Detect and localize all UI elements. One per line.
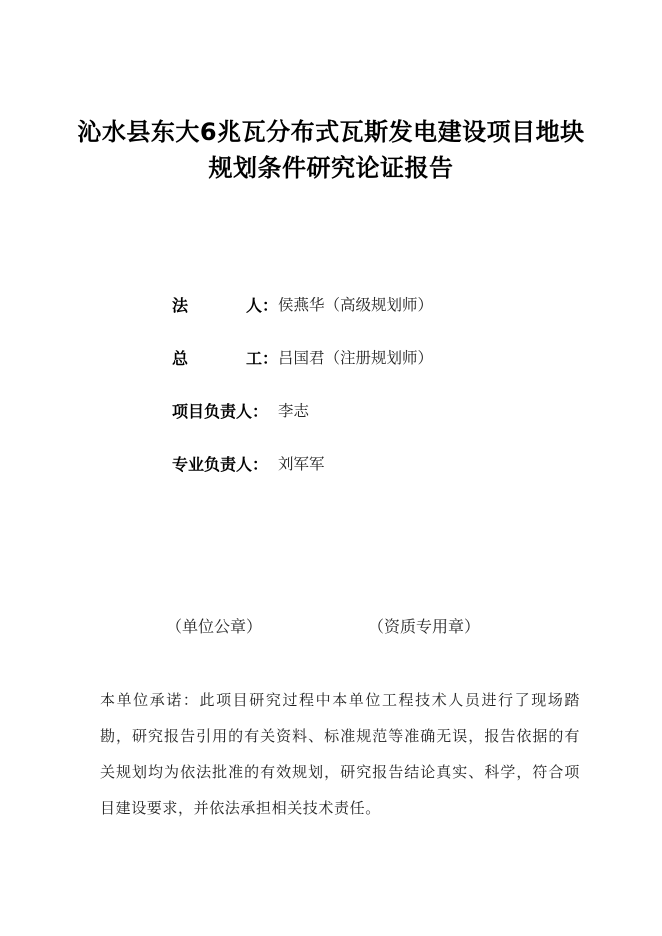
commitment-statement: 本单位承诺：此项目研究过程中本单位工程技术人员进行了现场踏勘，研究报告引用的有关… — [100, 682, 580, 826]
project-lead-value: 李志 — [278, 399, 309, 421]
label-part: 工： — [246, 346, 278, 369]
chief-engineer-value: 吕国君（注册规划师） — [278, 346, 433, 368]
chief-engineer-label: 总 工： — [172, 346, 278, 369]
discipline-lead-row: 专业负责人： 刘军军 — [172, 451, 325, 475]
report-title-line-1: 沁水县东大6兆瓦分布式瓦斯发电建设项目地块 — [0, 117, 662, 147]
unit-seal-placeholder: （单位公章） — [166, 614, 262, 637]
discipline-lead-value: 刘军军 — [278, 452, 325, 474]
legal-representative-label: 法 人： — [172, 293, 278, 316]
project-lead-label: 项目负责人： — [172, 399, 278, 422]
label-part: 法 — [172, 293, 188, 316]
legal-representative-value: 侯燕华（高级规划师） — [278, 293, 433, 315]
project-lead-row: 项目负责人： 李志 — [172, 398, 309, 422]
chief-engineer-row: 总 工： 吕国君（注册规划师） — [172, 345, 433, 369]
label-part: 总 — [172, 346, 188, 369]
report-title-line-2: 规划条件研究论证报告 — [0, 153, 662, 183]
qualification-seal-placeholder: （资质专用章） — [368, 614, 480, 637]
label-part: 人： — [246, 293, 278, 316]
discipline-lead-label: 专业负责人： — [172, 452, 278, 475]
legal-representative-row: 法 人： 侯燕华（高级规划师） — [172, 292, 433, 316]
